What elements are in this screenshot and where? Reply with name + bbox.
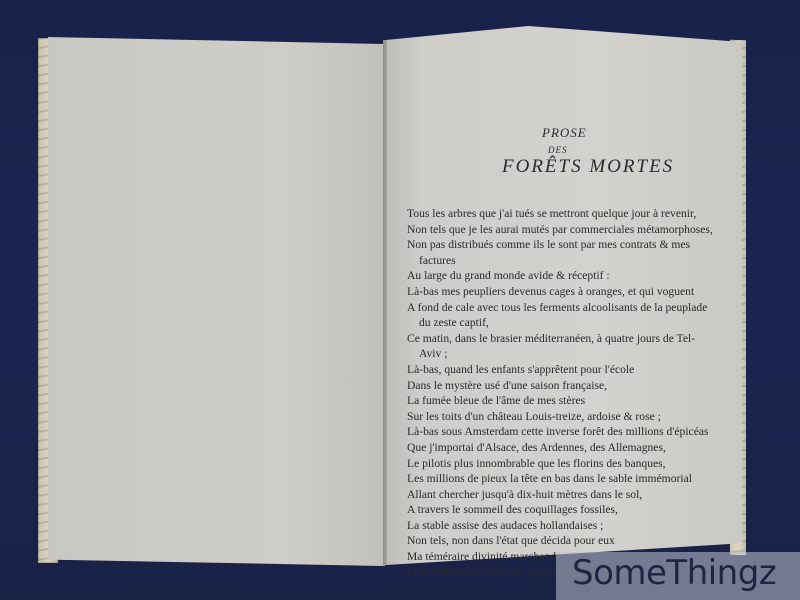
poem-line: Non tels, non dans l'état que décida pou… [407, 533, 727, 549]
poem-line: Les millions de pieux la tête en bas dan… [407, 471, 727, 487]
poem-line: Ce matin, dans le brasier méditerranéen,… [407, 331, 727, 347]
poem-line: A fond de cale avec tous les ferments al… [407, 300, 727, 316]
poem-line: Aviv ; [407, 346, 727, 362]
poem-line: Allant chercher jusqu'à dix-huit mètres … [407, 487, 727, 503]
poem-line: Sur les toits d'un château Louis-treize,… [407, 409, 727, 425]
poem-line: du zeste captif, [407, 315, 727, 331]
poem-line: Là-bas, quand les enfants s'apprêtent po… [407, 362, 727, 378]
title-line-main: FORÊTS MORTES [502, 156, 680, 178]
book-gutter [383, 40, 387, 565]
poem-line: La fumée bleue de l'âme de mes stères [407, 393, 727, 409]
poem-line: factures [407, 253, 727, 269]
open-book: PROSE DES FORÊTS MORTES Tous les arbres … [0, 0, 800, 600]
title-line-prose: PROSE [542, 125, 680, 141]
poem-line: Le pilotis plus innombrable que les flor… [407, 456, 727, 472]
poem-line: Dans le mystère usé d'une saison françai… [407, 378, 727, 394]
poem-line: A travers le sommeil des coquillages fos… [407, 502, 727, 518]
poem-line: La stable assise des audaces hollandaise… [407, 518, 727, 534]
poem-line: Non tels que je les aurai mutés par comm… [407, 222, 727, 238]
left-page-blank [48, 36, 385, 566]
poem-line: Là-bas sous Amsterdam cette inverse forê… [407, 424, 727, 440]
poem-title: PROSE DES FORÊTS MORTES [480, 125, 680, 178]
poem-line: Au large du grand monde avide & réceptif… [407, 268, 727, 284]
poem-line: Tous les arbres que j'ai tués se mettron… [407, 206, 727, 222]
poem-line: Que j'importai d'Alsace, des Ardennes, d… [407, 440, 727, 456]
poem-line: Là-bas mes peupliers devenus cages à ora… [407, 284, 727, 300]
title-line-des: DES [548, 145, 680, 155]
poem-line: Non pas distribués comme ils le sont par… [407, 237, 727, 253]
watermark-logo: SomeThingz [572, 553, 776, 593]
poem-text: Tous les arbres que j'ai tués se mettron… [407, 206, 727, 580]
